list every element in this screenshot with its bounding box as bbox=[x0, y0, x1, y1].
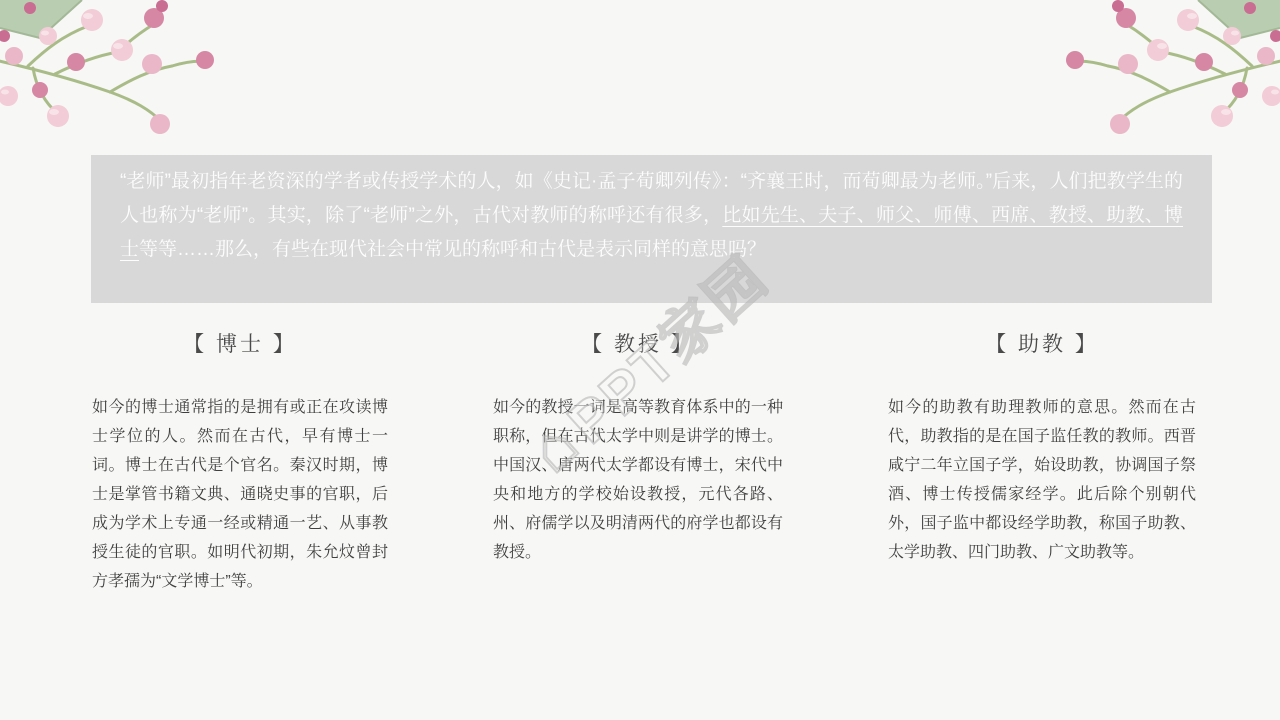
floral-decoration-right bbox=[1065, 0, 1280, 145]
column-zhujiao: 【 助教 】 如今的助教有助理教师的意思。然而在古代，助教指的是在国子监任教的教… bbox=[888, 333, 1196, 596]
flower-branch-icon bbox=[1065, 0, 1280, 140]
floral-decoration-left bbox=[0, 0, 215, 145]
column-jiaoshou: 【 教授 】 如今的教授一词是高等教育体系中的一种职称，但在古代太学中则是讲学的… bbox=[493, 333, 783, 596]
term-columns: 【 博士 】 如今的博士通常指的是拥有或正在攻读博士学位的人。然而在古代，早有博… bbox=[92, 333, 1196, 596]
column-title: 【 助教 】 bbox=[888, 333, 1196, 357]
column-body: 如今的助教有助理教师的意思。然而在古代，助教指的是在国子监任教的教师。西晋咸宁二… bbox=[888, 393, 1196, 567]
column-boshi: 【 博士 】 如今的博士通常指的是拥有或正在攻读博士学位的人。然而在古代，早有博… bbox=[92, 333, 388, 596]
column-title: 【 教授 】 bbox=[493, 333, 783, 357]
column-title: 【 博士 】 bbox=[92, 333, 388, 357]
column-body: 如今的教授一词是高等教育体系中的一种职称，但在古代太学中则是讲学的博士。中国汉、… bbox=[493, 393, 783, 567]
flower-branch-icon bbox=[0, 0, 215, 140]
column-body: 如今的博士通常指的是拥有或正在攻读博士学位的人。然而在古代，早有博士一词。博士在… bbox=[92, 393, 388, 596]
intro-text-box: “老师”最初指年老资深的学者或传授学术的人，如《史记·孟子荀卿列传》：“齐襄王时… bbox=[91, 155, 1212, 303]
intro-text-after: 等等……那么，有些在现代社会中常见的称呼和古代是表示同样的意思吗？ bbox=[139, 239, 766, 260]
slide: { "intro": { "text_before": "“老师”最初指年老资深… bbox=[0, 0, 1280, 720]
